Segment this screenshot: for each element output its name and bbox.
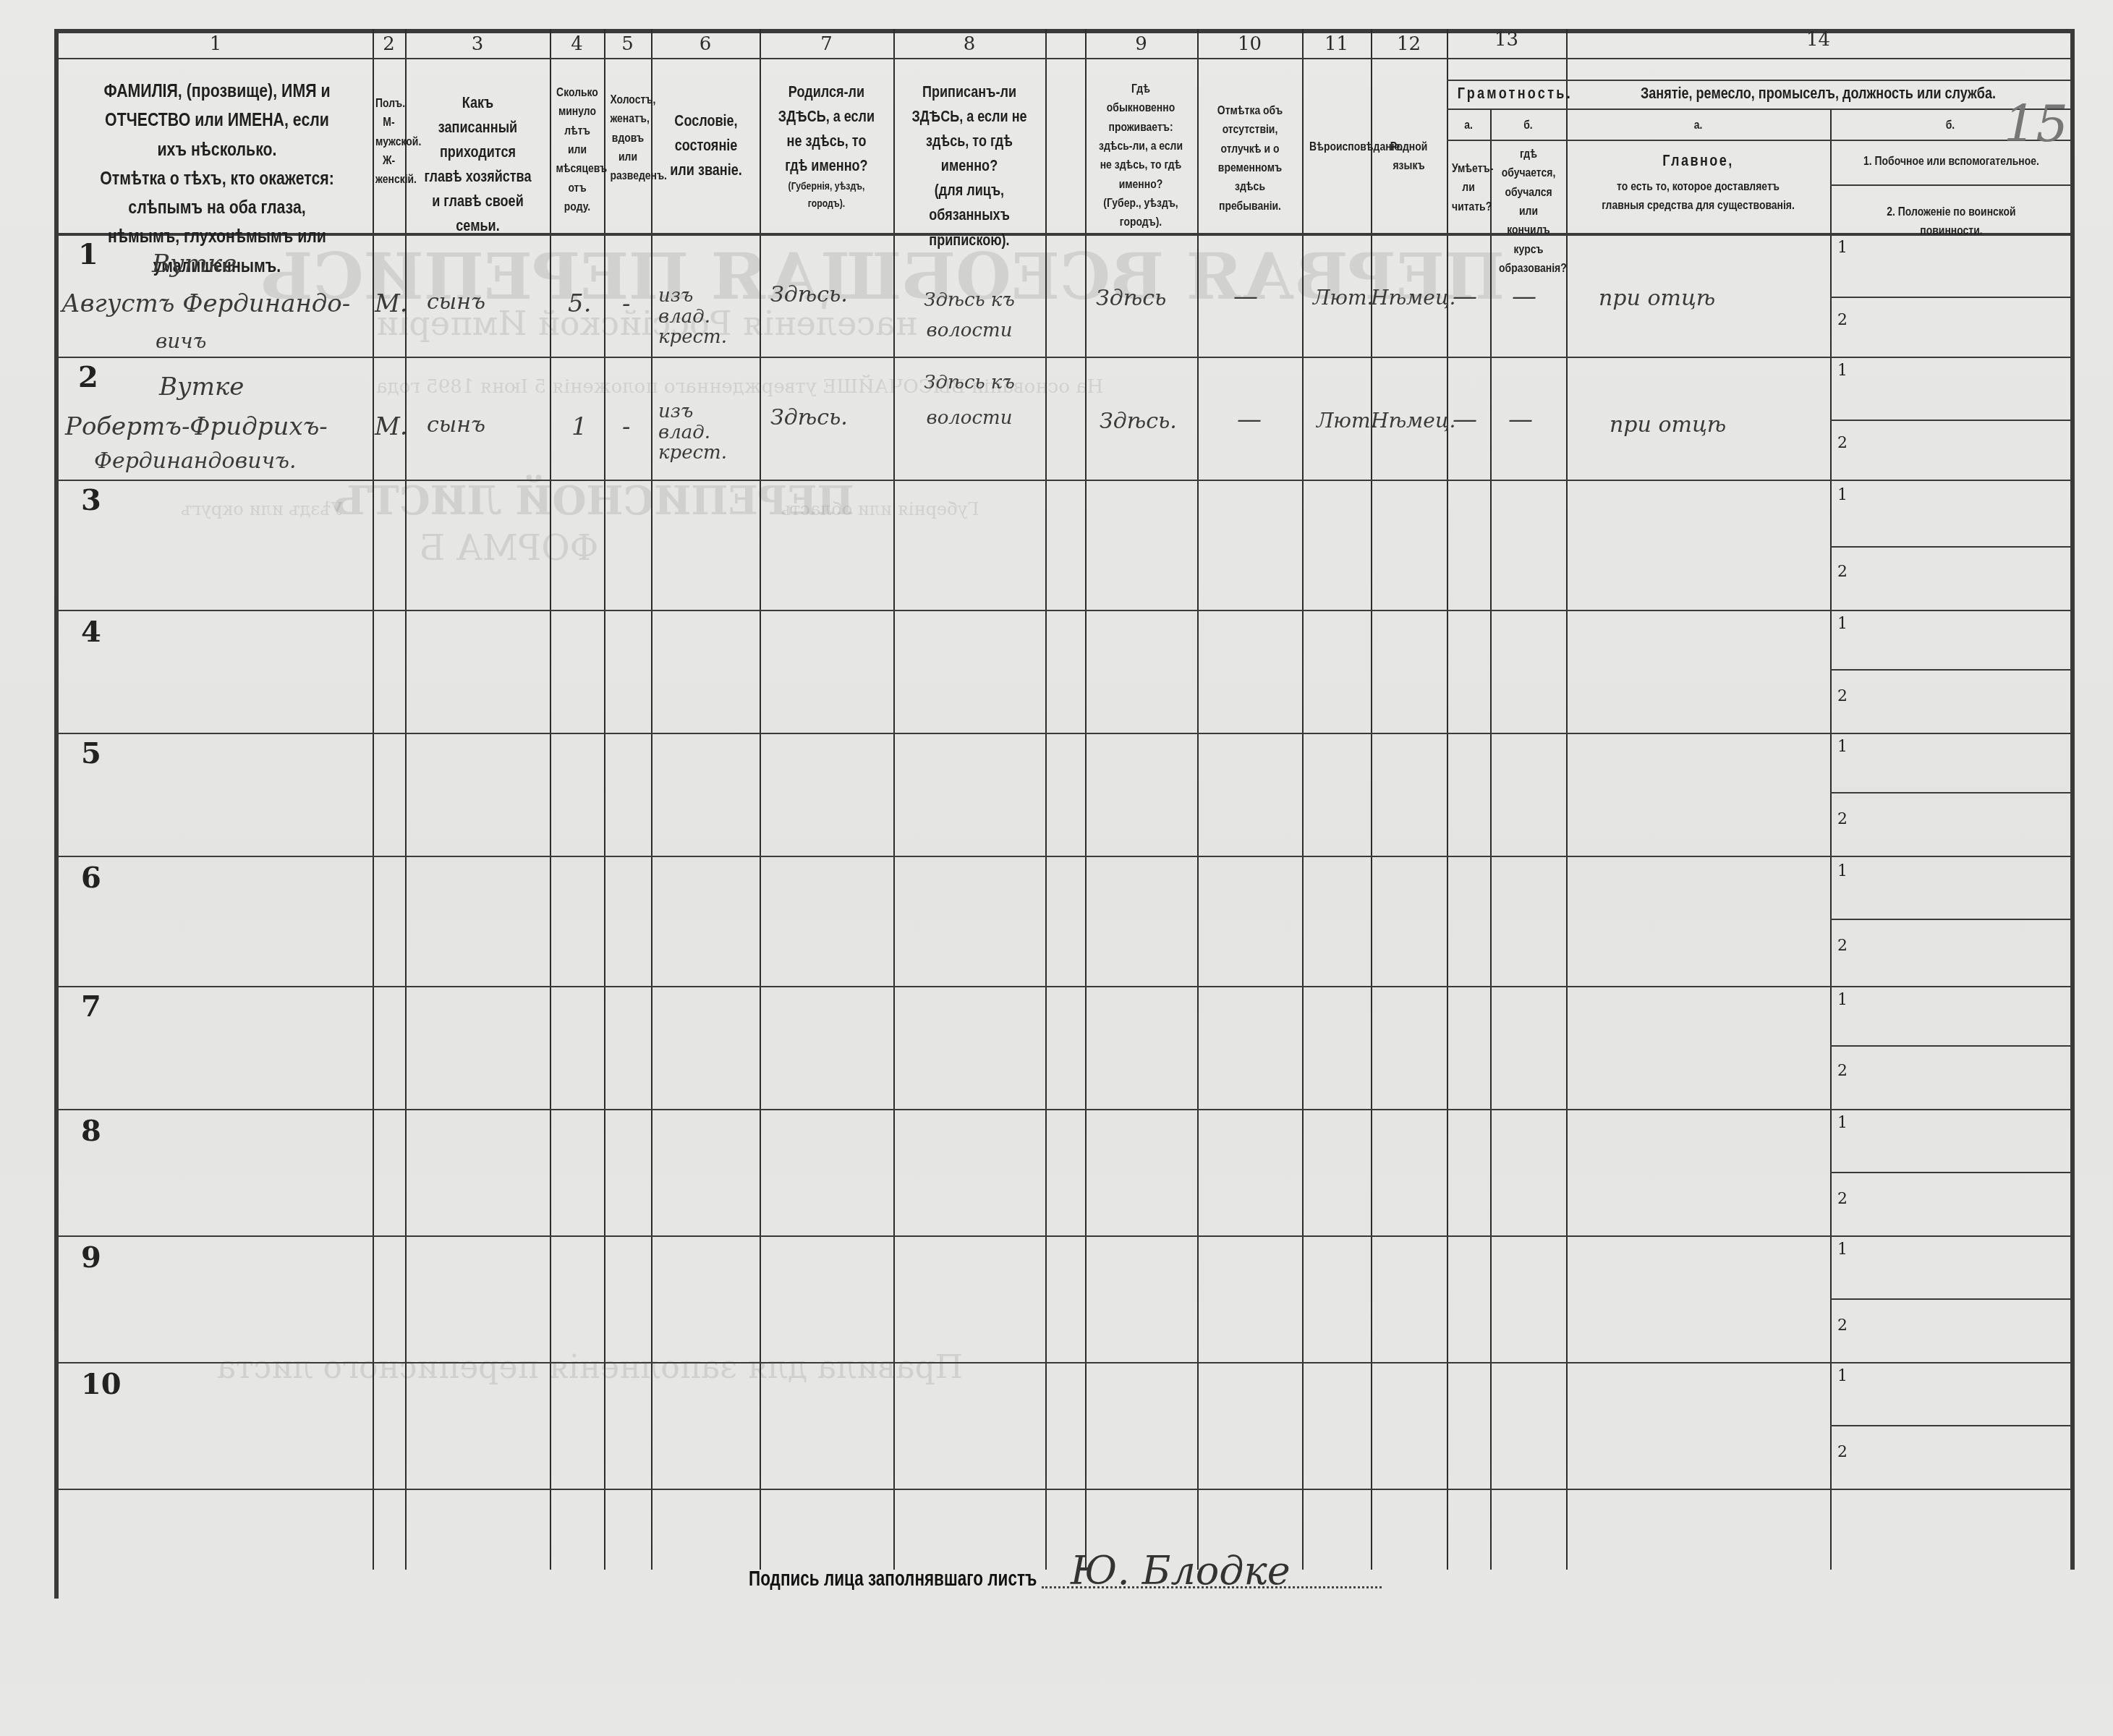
header-sublabel-line bbox=[1447, 140, 2070, 141]
row-number: 10 bbox=[81, 1367, 122, 1401]
column-number: 9 bbox=[1085, 33, 1197, 55]
row-line bbox=[59, 1362, 2070, 1363]
row2-residence: Здѣсь. bbox=[1100, 409, 1177, 434]
row2-absence: — bbox=[1237, 405, 1262, 434]
col-divider bbox=[1490, 109, 1492, 1570]
row-line bbox=[59, 480, 2070, 481]
row2-sex: М. bbox=[375, 412, 408, 441]
column-number: 12 bbox=[1371, 33, 1447, 55]
row-line bbox=[59, 986, 2070, 987]
sub-line bbox=[1830, 1045, 2070, 1047]
sub-line bbox=[1830, 1298, 2070, 1300]
sub-number-1: 1 bbox=[1837, 362, 1848, 380]
sub-line bbox=[1830, 792, 2070, 793]
header-sub-line bbox=[1447, 109, 2070, 110]
colnum-row-line bbox=[59, 58, 2070, 59]
col13a-letter: а. bbox=[1450, 116, 1486, 135]
row-line bbox=[59, 733, 2070, 734]
column-number: 4 bbox=[550, 33, 604, 55]
row1-language: Нѣмец. bbox=[1371, 286, 1455, 310]
col4-header: Сколько минуло лѣтъ или мѣсяцевъ отъ род… bbox=[556, 83, 598, 216]
table-right-border bbox=[2070, 29, 2075, 1570]
col9-label: Гдѣ обыкновенно проживаетъ: здѣсь-ли, а … bbox=[1097, 80, 1186, 194]
row1-sex: М. bbox=[375, 289, 408, 318]
row1-registered: Здѣсь къ волости bbox=[901, 286, 1038, 346]
row1-estate: изъ влад. крест. bbox=[658, 286, 723, 348]
sub-number-1: 1 bbox=[1837, 991, 1848, 1009]
row1-residence: Здѣсь bbox=[1096, 286, 1166, 311]
sub-number-2: 2 bbox=[1837, 311, 1848, 329]
row2-religion: Лют. bbox=[1317, 409, 1377, 433]
col-divider bbox=[1371, 29, 1372, 1570]
column-number: 3 bbox=[405, 33, 550, 55]
col2-note: М-мужской. Ж-женскій. bbox=[375, 113, 402, 189]
col-divider bbox=[893, 29, 895, 1570]
sub-number-1: 1 bbox=[1837, 486, 1848, 504]
col14-header: Занятіе, ремесло, промыселъ, должность и… bbox=[1612, 81, 2025, 106]
col-divider bbox=[1045, 29, 1047, 1570]
col13-header: Грамотность. bbox=[1458, 81, 1555, 106]
column-number: 8 bbox=[893, 33, 1045, 55]
col7-label: Родился-ли ЗДѢСЬ, а если не здѣсь, то гд… bbox=[775, 80, 879, 178]
header-bottom-line bbox=[59, 233, 2070, 236]
sub-line bbox=[1830, 669, 2070, 671]
header-14b-divider bbox=[1830, 184, 2070, 186]
column-number: 1 bbox=[59, 33, 373, 55]
sub-line bbox=[1830, 420, 2070, 421]
col-divider bbox=[1447, 29, 1448, 1570]
row2-literacy-a: — bbox=[1453, 405, 1477, 434]
column-number: 11 bbox=[1302, 33, 1371, 55]
col13b-letter: б. bbox=[1497, 116, 1559, 135]
col-divider bbox=[760, 29, 761, 1570]
row2-birthplace: Здѣсь. bbox=[770, 405, 848, 430]
sub-number-2: 2 bbox=[1837, 1190, 1848, 1208]
column-number: 14 bbox=[1566, 29, 2070, 51]
row1-relation: сынъ bbox=[427, 289, 485, 315]
col-divider bbox=[1197, 29, 1199, 1570]
column-number: 2 bbox=[373, 33, 405, 55]
sub-number-2: 2 bbox=[1837, 687, 1848, 705]
row1-name: Августъ Фердинандо- bbox=[61, 289, 350, 318]
row1-absence: — bbox=[1233, 282, 1258, 311]
col2-header: Полъ. М-мужской. Ж-женскій. bbox=[375, 94, 402, 190]
row-number: 3 bbox=[81, 483, 101, 517]
row-number: 8 bbox=[81, 1114, 101, 1148]
row-line bbox=[59, 856, 2070, 857]
column-number: 10 bbox=[1197, 33, 1302, 55]
sub-line bbox=[1830, 297, 2070, 298]
col13a-label: Умѣетъ-ли читать? bbox=[1452, 159, 1485, 216]
sub-line bbox=[1830, 546, 2070, 548]
row-number: 6 bbox=[81, 861, 101, 895]
col8-note: (для лицъ, обязанныхъ припискою). bbox=[910, 178, 1029, 252]
row1-literacy-b: — bbox=[1512, 282, 1536, 311]
row2-relation: сынъ bbox=[427, 412, 485, 438]
col11-header: Вѣроисповѣданіе. bbox=[1309, 137, 1363, 156]
row2-marital: - bbox=[622, 412, 631, 441]
row-number: 7 bbox=[81, 990, 101, 1024]
sub-number-2: 2 bbox=[1837, 563, 1848, 581]
row-number: 2 bbox=[78, 360, 98, 394]
col-divider bbox=[405, 29, 407, 1570]
sub-number-2: 2 bbox=[1837, 1062, 1848, 1080]
row1-occupation: при отцѣ bbox=[1599, 286, 1715, 311]
col13b-label: гдѣ обучается, обучался или кончилъ курс… bbox=[1499, 145, 1558, 278]
col5-header: Холостъ, женатъ, вдовъ или разведенъ. bbox=[610, 90, 645, 186]
row-number: 4 bbox=[81, 615, 101, 649]
col7-note: (Губернія, уѣздъ, городъ). bbox=[775, 178, 879, 212]
sub-number-2: 2 bbox=[1837, 434, 1848, 452]
col10-header: Отмѣтка объ отсутствіи, отлучкѣ и о врем… bbox=[1209, 101, 1292, 216]
col8-header: Приписанъ-ли ЗДѢСЬ, а если не здѣсь, то … bbox=[910, 80, 1029, 252]
row-line bbox=[59, 357, 2070, 358]
col-divider bbox=[373, 29, 374, 1570]
row1-age: 5. bbox=[568, 289, 591, 318]
sub-number-1: 1 bbox=[1837, 1367, 1848, 1385]
pencil-page-mark: 15 bbox=[2004, 94, 2068, 153]
sub-number-2: 2 bbox=[1837, 1316, 1848, 1335]
signature-value: Ю. Блодке bbox=[1071, 1548, 1291, 1594]
col12-header: Родной языкъ bbox=[1381, 137, 1437, 176]
col3-header: Какъ записанный приходится главѣ хозяйст… bbox=[423, 90, 533, 239]
row2-estate: изъ влад. крест. bbox=[658, 401, 723, 464]
row2-age: 1 bbox=[571, 412, 587, 441]
sub-line bbox=[1830, 1425, 2070, 1426]
row-number: 9 bbox=[81, 1241, 101, 1275]
sub-number-1: 1 bbox=[1837, 862, 1848, 880]
col14a-note: то есть то, которое доставляетъ главныя … bbox=[1596, 177, 1800, 216]
row1-religion: Лют. bbox=[1313, 286, 1373, 310]
row1-marital: - bbox=[622, 289, 631, 318]
col-divider bbox=[1566, 29, 1568, 1570]
sub-number-1: 1 bbox=[1837, 738, 1848, 756]
col14b-item-2: 2. Положеніе по воинской повинности. bbox=[1855, 203, 2048, 241]
column-number: 6 bbox=[651, 33, 760, 55]
col14b-item-1: 1. Побочное или вспомогательное. bbox=[1855, 152, 2048, 171]
row-line bbox=[59, 1109, 2070, 1110]
sub-number-1: 1 bbox=[1837, 239, 1848, 257]
col8-label: Приписанъ-ли ЗДѢСЬ, а если не здѣсь, то … bbox=[910, 80, 1029, 178]
row-line bbox=[59, 1235, 2070, 1237]
sub-number-1: 1 bbox=[1837, 615, 1848, 633]
row2-occupation: при отцѣ bbox=[1610, 412, 1726, 438]
row-line bbox=[59, 1489, 2070, 1490]
col-divider bbox=[550, 29, 551, 1570]
row-line bbox=[59, 610, 2070, 611]
row1-surname: Вутке bbox=[152, 250, 237, 278]
column-number: 13 bbox=[1447, 29, 1566, 51]
sub-number-2: 2 bbox=[1837, 1443, 1848, 1461]
col-divider bbox=[604, 29, 605, 1570]
row1-birthplace: Здѣсь. bbox=[770, 282, 848, 307]
sub-number-2: 2 bbox=[1837, 937, 1848, 955]
column-number: 7 bbox=[760, 33, 893, 55]
sub-number-2: 2 bbox=[1837, 810, 1848, 828]
col9-header: Гдѣ обыкновенно проживаетъ: здѣсь-ли, а … bbox=[1097, 80, 1186, 232]
col1-label: ФАМИЛІЯ, (прозвище), ИМЯ и ОТЧЕСТВО или … bbox=[93, 76, 341, 163]
row2-language: Нѣмец. bbox=[1371, 409, 1455, 433]
col-divider bbox=[651, 29, 652, 1570]
row2-registered: Здѣсь къ волости bbox=[901, 365, 1038, 437]
row2-surname: Вутке bbox=[159, 373, 244, 401]
col7-header: Родился-ли ЗДѢСЬ, а если не здѣсь, то гд… bbox=[775, 80, 879, 212]
column-number: 5 bbox=[604, 33, 651, 55]
row2-name: Робертъ-Фридрихъ- bbox=[65, 412, 328, 441]
row1-name-cont: вичъ bbox=[156, 329, 206, 353]
row-number: 5 bbox=[81, 736, 101, 770]
col14a-letter: а. bbox=[1590, 116, 1806, 135]
col14a-label: Главное, bbox=[1590, 148, 1806, 173]
col2-label: Полъ. bbox=[375, 94, 402, 113]
sub-number-1: 1 bbox=[1837, 1114, 1848, 1132]
col-divider bbox=[1302, 29, 1304, 1570]
row2-literacy-b: — bbox=[1508, 405, 1533, 434]
row1-literacy-a: — bbox=[1453, 282, 1477, 311]
row-number: 1 bbox=[78, 237, 98, 271]
signature-label: Подпись лица заполнявшаго листъ bbox=[749, 1567, 1037, 1591]
sub-number-1: 1 bbox=[1837, 1241, 1848, 1259]
row2-name-cont: Фердинандовичъ. bbox=[94, 448, 297, 474]
sub-line bbox=[1830, 919, 2070, 920]
col-divider bbox=[1085, 29, 1087, 1570]
col9-note: (Губер., уѣздъ, городъ). bbox=[1097, 194, 1186, 232]
col6-header: Сословіе, состояніе или званіе. bbox=[667, 109, 745, 182]
col-divider bbox=[1830, 109, 1832, 1570]
sub-line bbox=[1830, 1172, 2070, 1173]
